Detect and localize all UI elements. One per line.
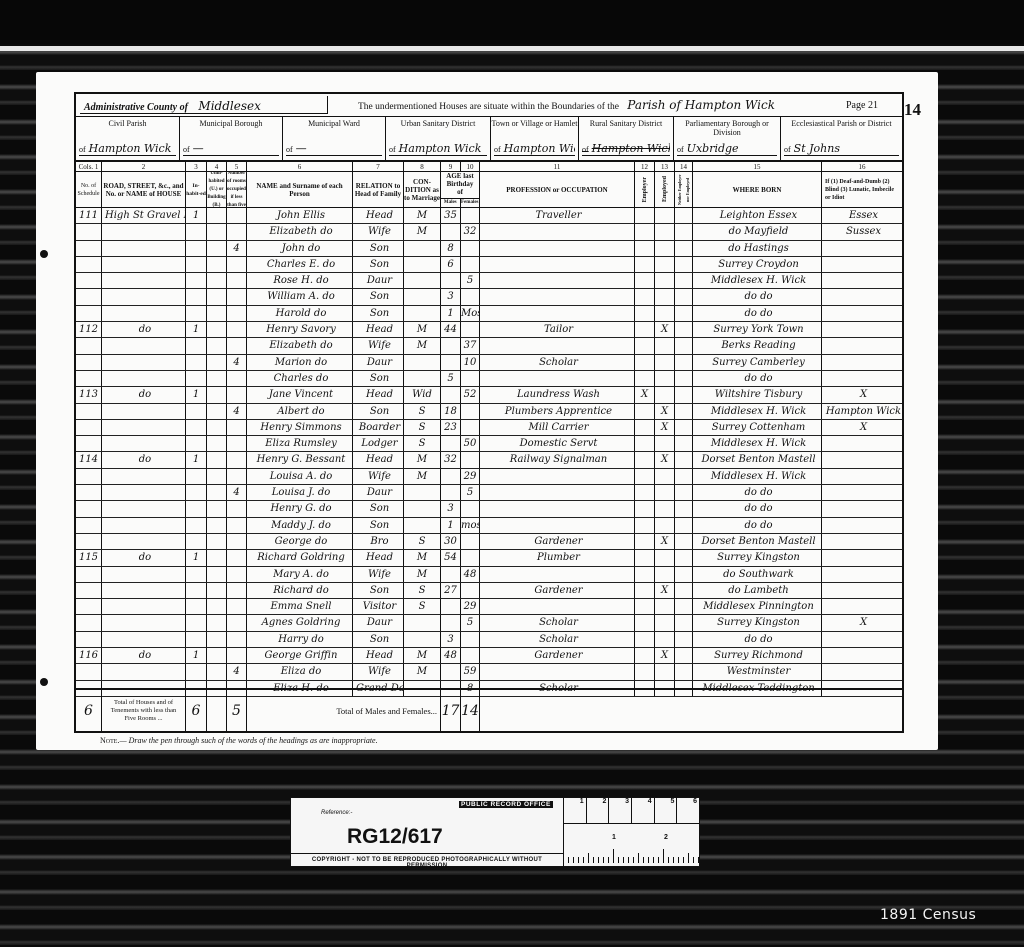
cell-neither <box>675 224 693 239</box>
cell-infirmity <box>822 355 902 370</box>
cell-rooms <box>227 648 247 663</box>
cell-birthplace: Surrey Cottenham <box>693 420 822 435</box>
area-headings: Civil ParishofHampton Wick Municipal Bor… <box>76 116 902 162</box>
cell-employed <box>655 485 675 500</box>
cell-relation: Wife <box>353 664 404 679</box>
cell-condition: M <box>404 338 441 353</box>
cell-uninhabited <box>207 664 227 679</box>
col-num: 5 <box>227 162 247 171</box>
cell-occupation: Scholar <box>480 355 635 370</box>
total-inhabited: 6 <box>186 690 207 731</box>
measurement-scale: 1 2 3 4 5 6 1 2 <box>563 798 699 866</box>
cell-name: Eliza do <box>247 664 353 679</box>
census-row: Eliza RumsleyLodgerS50Domestic ServtMidd… <box>76 436 902 452</box>
cell-inhabited <box>186 355 207 370</box>
area-value-text: — <box>193 142 204 155</box>
cell-condition: M <box>404 550 441 565</box>
area-municipal-borough: Municipal Boroughof— <box>180 117 283 160</box>
cell-condition: M <box>404 208 441 223</box>
cell-inhabited <box>186 664 207 679</box>
cell-uninhabited <box>207 469 227 484</box>
cell-relation: Son <box>353 371 404 386</box>
cell-infirmity <box>822 289 902 304</box>
cell-rooms <box>227 534 247 549</box>
col-name: NAME and Surname of each Person <box>247 172 353 207</box>
cell-female-age <box>461 452 480 467</box>
cell-occupation: Gardener <box>480 534 635 549</box>
cell-condition: S <box>404 599 441 614</box>
cell-address <box>102 436 186 451</box>
cell-infirmity: Essex <box>822 208 902 223</box>
of-label: of <box>286 145 293 154</box>
cell-schedule: 114 <box>76 452 102 467</box>
cell-employed <box>655 289 675 304</box>
cell-occupation: Scholar <box>480 632 635 647</box>
ruler-tick <box>578 857 579 863</box>
census-row: 4John doSon8do Hastings <box>76 241 902 257</box>
scale-cell: 6 <box>677 798 699 823</box>
cell-occupation: Plumber <box>480 550 635 565</box>
cell-neither <box>675 273 693 288</box>
total-houses-label: Total of Houses and of Tenements with le… <box>102 690 186 731</box>
cell-schedule <box>76 583 102 598</box>
cell-male-age: 3 <box>441 289 461 304</box>
cell-employer <box>635 615 655 630</box>
cell-employed <box>655 615 675 630</box>
cell-female-age: 37 <box>461 338 480 353</box>
cell-address <box>102 420 186 435</box>
cell-male-age: 8 <box>441 241 461 256</box>
cell-relation: Daur <box>353 485 404 500</box>
cell-relation: Head <box>353 208 404 223</box>
cell-address <box>102 664 186 679</box>
cell-condition: M <box>404 322 441 337</box>
cell-male-age: 1 <box>441 306 461 321</box>
cell-uninhabited <box>207 599 227 614</box>
column-numbers: Cols. 1 2 3 4 5 6 7 8 9 10 11 12 13 14 1… <box>76 162 902 172</box>
cell-uninhabited <box>207 567 227 582</box>
cell-inhabited <box>186 338 207 353</box>
cell-neither <box>675 387 693 402</box>
cell-relation: Head <box>353 322 404 337</box>
cell-condition: M <box>404 469 441 484</box>
ruler-tick <box>673 857 674 863</box>
cell-condition <box>404 289 441 304</box>
column-headings: No. of Schedule ROAD, STREET, &c., and N… <box>76 172 902 208</box>
cell-employed <box>655 664 675 679</box>
cell-address: do <box>102 322 186 337</box>
cell-male-age: 27 <box>441 583 461 598</box>
census-row: 115do1Richard GoldringHeadM54PlumberSurr… <box>76 550 902 566</box>
ruler-tick <box>653 857 654 863</box>
cell-birthplace: do Hastings <box>693 241 822 256</box>
cell-relation: Head <box>353 387 404 402</box>
cell-uninhabited <box>207 534 227 549</box>
cell-inhabited: 1 <box>186 322 207 337</box>
cell-address <box>102 224 186 239</box>
cell-inhabited <box>186 485 207 500</box>
cell-employer <box>635 224 655 239</box>
cell-inhabited <box>186 289 207 304</box>
scale-cell: 4 <box>632 798 655 823</box>
cell-employed <box>655 550 675 565</box>
cell-address <box>102 615 186 630</box>
cell-condition <box>404 615 441 630</box>
cell-birthplace: Middlesex H. Wick <box>693 404 822 419</box>
cell-schedule <box>76 224 102 239</box>
cell-inhabited <box>186 273 207 288</box>
cell-neither <box>675 338 693 353</box>
cell-employed: X <box>655 420 675 435</box>
reference-card: Reference:- PUBLIC RECORD OFFICE RG12/61… <box>290 797 700 867</box>
cell-address <box>102 371 186 386</box>
cell-name: Marion do <box>247 355 353 370</box>
cell-inhabited <box>186 599 207 614</box>
cell-name: Harry do <box>247 632 353 647</box>
census-row: 4Louisa J. doDaur5do do <box>76 485 902 501</box>
ruler-tick <box>573 857 574 863</box>
cell-employed <box>655 306 675 321</box>
cell-neither <box>675 452 693 467</box>
cell-address <box>102 534 186 549</box>
col-num: 14 <box>675 162 693 171</box>
cell-name: Agnes Goldring <box>247 615 353 630</box>
cell-neither <box>675 648 693 663</box>
scan-top-band <box>0 0 1024 44</box>
cell-schedule: 113 <box>76 387 102 402</box>
cell-employed <box>655 257 675 272</box>
cell-neither <box>675 322 693 337</box>
cell-rooms <box>227 387 247 402</box>
cell-male-age <box>441 224 461 239</box>
census-row: Emma SnellVisitorS29Middlesex Pinnington <box>76 599 902 615</box>
census-row: Agnes GoldringDaur5ScholarSurrey Kingsto… <box>76 615 902 631</box>
cell-address: do <box>102 452 186 467</box>
copyright-notice: COPYRIGHT - NOT TO BE REPRODUCED PHOTOGR… <box>291 853 563 866</box>
cell-uninhabited <box>207 273 227 288</box>
cell-employer <box>635 322 655 337</box>
cell-address <box>102 355 186 370</box>
cell-relation: Lodger <box>353 436 404 451</box>
cell-schedule: 112 <box>76 322 102 337</box>
cell-neither <box>675 208 693 223</box>
note-text: — Draw the pen through such of the words… <box>119 736 377 745</box>
area-value-text: Hampton Wick <box>504 142 575 155</box>
area-value-text: Hampton Wick <box>89 142 172 155</box>
cell-inhabited: 1 <box>186 550 207 565</box>
cell-employed <box>655 338 675 353</box>
cell-inhabited <box>186 567 207 582</box>
cell-employed <box>655 387 675 402</box>
cell-employed <box>655 469 675 484</box>
cell-inhabited <box>186 306 207 321</box>
cell-employed <box>655 567 675 582</box>
cell-male-age: 23 <box>441 420 461 435</box>
ruler-tick <box>608 857 609 863</box>
cell-employed <box>655 436 675 451</box>
cell-male-age <box>441 338 461 353</box>
cell-schedule <box>76 518 102 533</box>
cell-rooms <box>227 452 247 467</box>
ruler-tick <box>698 857 699 863</box>
cell-schedule <box>76 534 102 549</box>
cell-infirmity <box>822 273 902 288</box>
cell-birthplace: do do <box>693 501 822 516</box>
cell-address <box>102 289 186 304</box>
cell-infirmity <box>822 485 902 500</box>
ruler-tick <box>693 857 694 863</box>
cell-infirmity <box>822 257 902 272</box>
cell-schedule <box>76 289 102 304</box>
cell-name: George Griffin <box>247 648 353 663</box>
cell-birthplace: Surrey Croydon <box>693 257 822 272</box>
cell-rooms <box>227 420 247 435</box>
of-label: of <box>494 145 501 154</box>
cell-neither <box>675 615 693 630</box>
cell-employer <box>635 436 655 451</box>
cell-inhabited <box>186 632 207 647</box>
cell-birthplace: Dorset Benton Mastell <box>693 452 822 467</box>
cell-name: Harold do <box>247 306 353 321</box>
cell-female-age <box>461 534 480 549</box>
cell-name: Emma Snell <box>247 599 353 614</box>
census-rows: 111High St Gravel Pit Hill1John EllisHea… <box>76 208 902 697</box>
cell-female-age: 29 <box>461 469 480 484</box>
cell-employed <box>655 208 675 223</box>
cell-occupation: Traveller <box>480 208 635 223</box>
area-town-village: Town or Village or HamletofHampton Wick <box>491 117 579 160</box>
cell-neither <box>675 550 693 565</box>
cell-infirmity: X <box>822 615 902 630</box>
cell-condition: S <box>404 436 441 451</box>
cell-schedule <box>76 664 102 679</box>
cell-employed: X <box>655 583 675 598</box>
scale-cell: 5 <box>655 798 678 823</box>
cell-schedule <box>76 436 102 451</box>
cell-address <box>102 404 186 419</box>
cell-occupation <box>480 501 635 516</box>
cell-address: High St Gravel Pit Hill <box>102 208 186 223</box>
cell-neither <box>675 289 693 304</box>
cell-condition <box>404 257 441 272</box>
cell-birthplace: do Mayfield <box>693 224 822 239</box>
cell-employer <box>635 664 655 679</box>
cell-rooms <box>227 501 247 516</box>
col-neither-label: Neither Employer nor Employed <box>676 172 692 207</box>
cell-occupation <box>480 338 635 353</box>
cell-male-age: 44 <box>441 322 461 337</box>
area-municipal-ward: Municipal Wardof— <box>283 117 386 160</box>
cell-rooms <box>227 567 247 582</box>
cell-male-age <box>441 485 461 500</box>
cell-employed <box>655 241 675 256</box>
cell-schedule <box>76 371 102 386</box>
cell-relation: Son <box>353 241 404 256</box>
col-num: 10 <box>461 162 480 171</box>
cell-schedule <box>76 567 102 582</box>
cell-name: John Ellis <box>247 208 353 223</box>
cell-employer <box>635 289 655 304</box>
census-row: Mary A. doWifeM48do Southwark <box>76 567 902 583</box>
col-num: 15 <box>693 162 822 171</box>
cell-name: Richard Goldring <box>247 550 353 565</box>
census-row: Henry SimmonsBoarderS23Mill CarrierXSurr… <box>76 420 902 436</box>
scale-cell: 1 <box>564 798 587 823</box>
col-infirmity: If (1) Deaf-and-Dumb (2) Blind (3) Lunat… <box>822 172 902 207</box>
cell-address <box>102 583 186 598</box>
area-label: Rural Sanitary District <box>579 119 673 128</box>
cell-birthplace: Middlesex H. Wick <box>693 436 822 451</box>
col-num: 2 <box>102 162 186 171</box>
cell-condition <box>404 306 441 321</box>
cell-condition: S <box>404 534 441 549</box>
cell-female-age <box>461 371 480 386</box>
cell-occupation <box>480 257 635 272</box>
total-persons-label: Total of Males and Females... <box>247 690 441 731</box>
cell-condition <box>404 518 441 533</box>
cell-birthplace: do do <box>693 485 822 500</box>
cell-male-age <box>441 599 461 614</box>
cell-name: John do <box>247 241 353 256</box>
cell-rooms <box>227 436 247 451</box>
cell-neither <box>675 241 693 256</box>
cell-birthplace: Middlesex Pinnington <box>693 599 822 614</box>
cell-employer <box>635 632 655 647</box>
cell-neither <box>675 469 693 484</box>
ruler-mark: 1 <box>612 834 616 841</box>
cell-male-age <box>441 615 461 630</box>
col-employed-label: Employed <box>661 176 669 202</box>
cell-occupation <box>480 567 635 582</box>
cell-birthplace: Wiltshire Tisbury <box>693 387 822 402</box>
cell-employed <box>655 371 675 386</box>
census-row: Maddy J. doSon1mosdo do <box>76 518 902 534</box>
cell-address <box>102 599 186 614</box>
of-label: of <box>79 145 86 154</box>
cell-occupation: Gardener <box>480 583 635 598</box>
ruler-tick <box>598 857 599 863</box>
cell-employer <box>635 583 655 598</box>
col-employed: Employed <box>655 172 675 207</box>
of-label: of <box>389 145 396 154</box>
cell-schedule <box>76 501 102 516</box>
area-value: ofSt Johns <box>784 142 899 156</box>
cell-employer <box>635 241 655 256</box>
census-row: Charles E. doSon6Surrey Croydon <box>76 257 902 273</box>
cell-uninhabited <box>207 224 227 239</box>
area-value-text: Hampton Wick <box>592 142 670 155</box>
cell-infirmity <box>822 322 902 337</box>
scale-cell: 2 <box>587 798 610 823</box>
cell-rooms: 4 <box>227 485 247 500</box>
cell-female-age <box>461 257 480 272</box>
cell-rooms <box>227 518 247 533</box>
census-row: 113do1Jane VincentHeadWid52Laundress Was… <box>76 387 902 403</box>
census-row: 4Marion doDaur10ScholarSurrey Camberley <box>76 355 902 371</box>
cell-birthplace: do Southwark <box>693 567 822 582</box>
cell-name: Henry Savory <box>247 322 353 337</box>
cell-rooms <box>227 632 247 647</box>
cell-address: do <box>102 387 186 402</box>
cell-relation: Head <box>353 648 404 663</box>
census-row: Harry doSon3Scholardo do <box>76 632 902 648</box>
area-label: Municipal Borough <box>180 119 282 128</box>
col-males: Males <box>441 199 461 207</box>
cell-birthplace: do Lambeth <box>693 583 822 598</box>
cell-female-age <box>461 208 480 223</box>
area-value: ofUxbridge <box>677 142 777 156</box>
cell-female-age <box>461 550 480 565</box>
census-row: Louisa A. doWifeM29Middlesex H. Wick <box>76 469 902 485</box>
col-num: 16 <box>822 162 902 171</box>
cell-uninhabited <box>207 257 227 272</box>
cell-employer <box>635 208 655 223</box>
col-employer-label: Employer <box>641 177 649 202</box>
cell-rooms <box>227 306 247 321</box>
cell-occupation: Domestic Servt <box>480 436 635 451</box>
cell-schedule <box>76 632 102 647</box>
cell-employer: X <box>635 387 655 402</box>
cell-infirmity <box>822 567 902 582</box>
admin-county-label: Administrative County of <box>84 102 188 113</box>
cell-address <box>102 241 186 256</box>
ruler-tick <box>593 857 594 863</box>
cell-occupation: Laundress Wash <box>480 387 635 402</box>
cell-male-age: 30 <box>441 534 461 549</box>
cell-uninhabited <box>207 306 227 321</box>
cell-male-age <box>441 273 461 288</box>
col-num: 9 <box>441 162 461 171</box>
cell-employer <box>635 355 655 370</box>
cell-relation: Son <box>353 289 404 304</box>
cell-occupation <box>480 371 635 386</box>
cell-female-age: 10 <box>461 355 480 370</box>
cell-employed: X <box>655 322 675 337</box>
cell-female-age: mos <box>461 518 480 533</box>
cell-rooms <box>227 615 247 630</box>
census-row: 112do1Henry SavoryHeadM44TailorXSurrey Y… <box>76 322 902 338</box>
of-label: of <box>183 145 190 154</box>
cell-birthplace: Middlesex H. Wick <box>693 469 822 484</box>
cell-infirmity: X <box>822 420 902 435</box>
area-civil-parish: Civil ParishofHampton Wick <box>76 117 180 160</box>
col-schedule: No. of Schedule <box>76 172 102 207</box>
cell-rooms <box>227 208 247 223</box>
cell-name: Henry Simmons <box>247 420 353 435</box>
cell-occupation <box>480 273 635 288</box>
cell-rooms <box>227 224 247 239</box>
cell-birthplace: Surrey Kingston <box>693 550 822 565</box>
cell-birthplace: Berks Reading <box>693 338 822 353</box>
cell-schedule: 116 <box>76 648 102 663</box>
cell-female-age <box>461 322 480 337</box>
cell-schedule <box>76 306 102 321</box>
ruler-tick <box>668 857 669 863</box>
cell-schedule <box>76 599 102 614</box>
cell-infirmity <box>822 371 902 386</box>
cell-rooms <box>227 599 247 614</box>
area-label: Municipal Ward <box>283 119 385 128</box>
col-num: 8 <box>404 162 441 171</box>
record-office-label: PUBLIC RECORD OFFICE <box>459 801 553 808</box>
cell-inhabited <box>186 615 207 630</box>
col-num: 13 <box>655 162 675 171</box>
cell-relation: Bro <box>353 534 404 549</box>
cell-occupation: Mill Carrier <box>480 420 635 435</box>
cell-male-age: 3 <box>441 501 461 516</box>
cell-rooms <box>227 550 247 565</box>
ruler-tick <box>623 857 624 863</box>
